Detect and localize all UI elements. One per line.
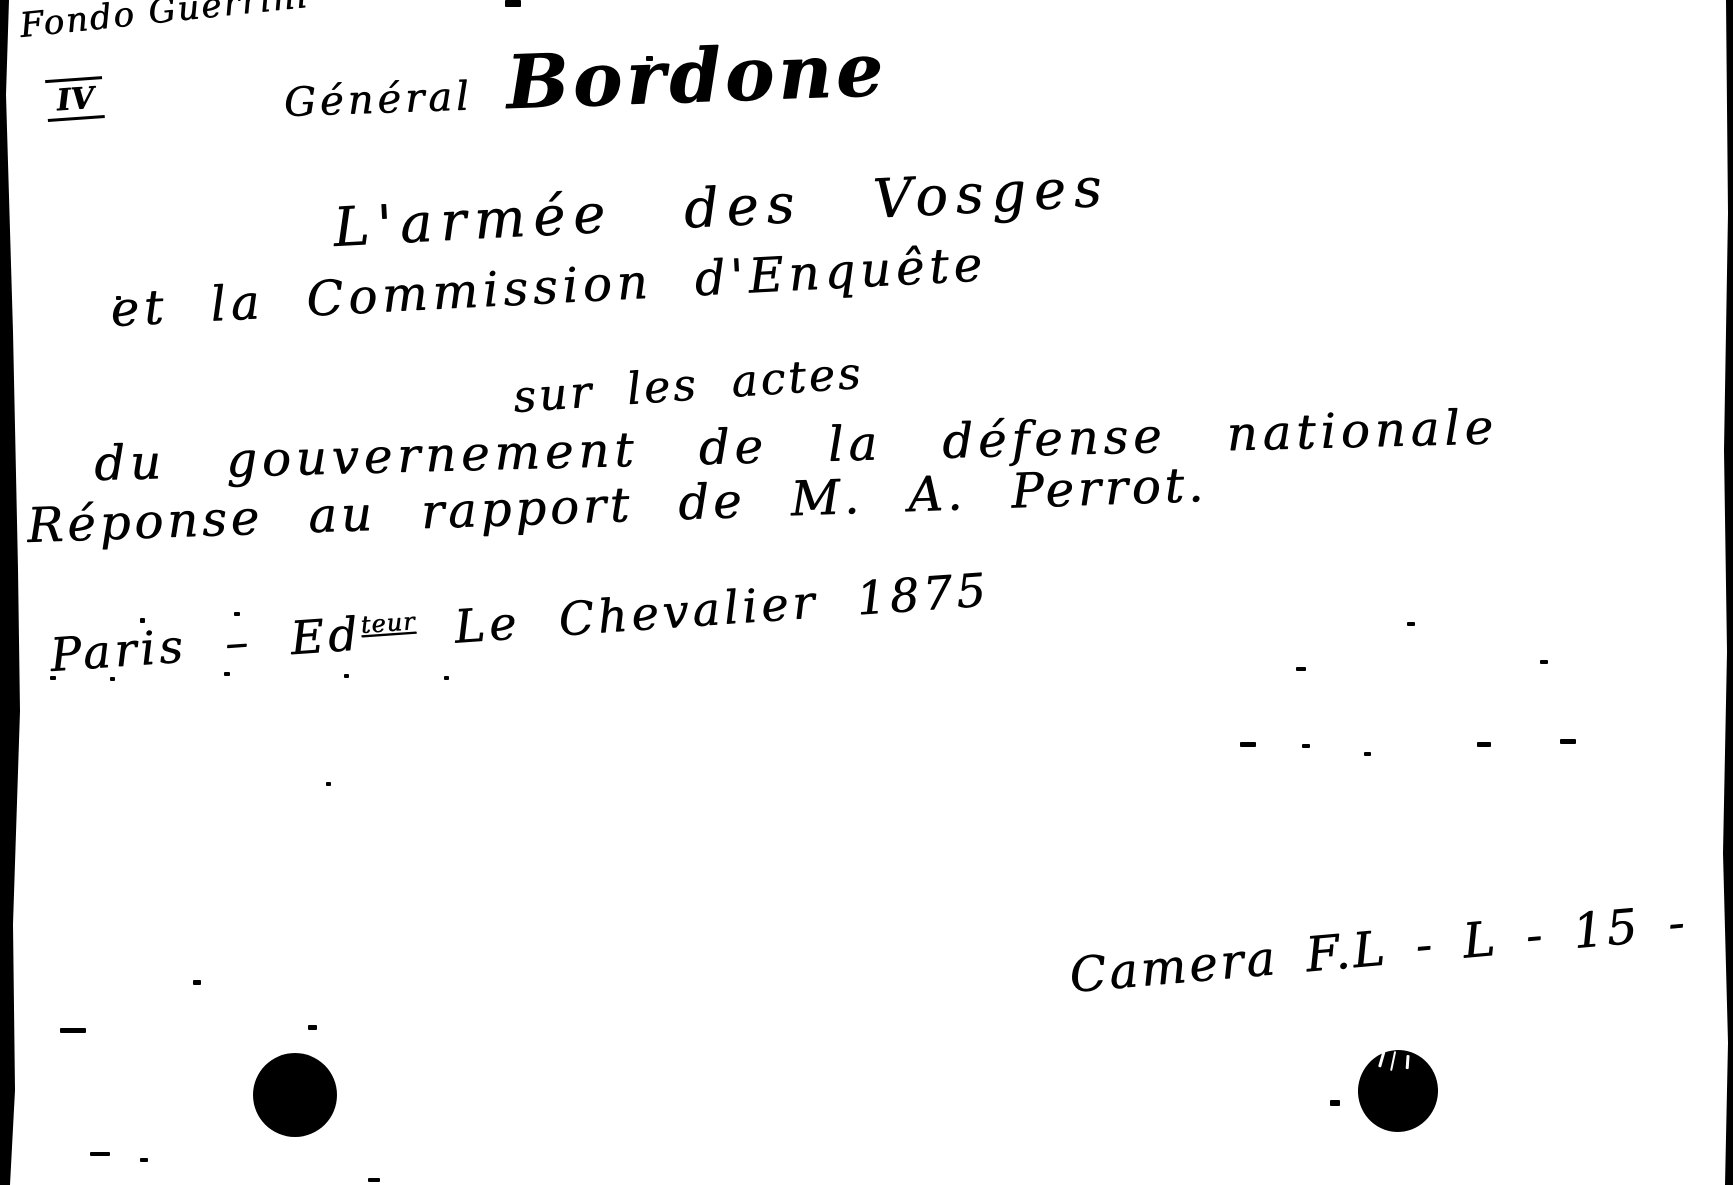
publication-year: 1875	[855, 562, 992, 625]
ink-speck	[1560, 739, 1576, 744]
ink-speck	[1364, 752, 1371, 756]
publisher-superscript: teur	[360, 607, 417, 639]
ink-speck	[193, 980, 201, 985]
ink-speck	[234, 612, 240, 616]
ink-speck	[1302, 744, 1310, 748]
catalog-card: Fondo Guerrini IV GénéralBordone L'armée…	[0, 0, 1733, 1185]
author-rank: Général	[283, 73, 473, 126]
ink-speck	[224, 672, 230, 676]
ink-speck	[60, 1028, 86, 1033]
ink-speck	[50, 676, 56, 680]
title-line-1: L'armée des Vosges	[332, 155, 1111, 259]
ink-speck	[326, 782, 331, 786]
ink-speck	[110, 677, 115, 681]
title-line-3: sur les actes	[511, 348, 864, 423]
ink-speck	[1407, 622, 1415, 626]
scan-streak	[1378, 1051, 1385, 1067]
collection-annotation: Fondo Guerrini	[18, 0, 311, 46]
ink-speck	[116, 296, 121, 300]
ink-speck	[1477, 742, 1491, 747]
imprint-place: Paris	[48, 619, 188, 682]
scan-edge-left	[0, 0, 22, 1185]
scan-streak	[1406, 1055, 1410, 1069]
title-line-2: et la Commission d'Enquête	[109, 236, 988, 338]
shelfmark: Camera F.L - L - 15 -	[1067, 894, 1689, 1004]
author-line: GénéralBordone	[282, 27, 888, 134]
ink-speck	[90, 1152, 110, 1156]
ink-speck	[140, 1158, 148, 1162]
scan-edge-right	[1723, 0, 1733, 1185]
ink-speck	[1240, 742, 1256, 747]
ink-speck	[444, 676, 449, 680]
publisher-name: Le Chevalier	[453, 574, 820, 653]
ink-speck	[843, 85, 849, 89]
ink-speck	[646, 56, 653, 61]
ink-speck	[308, 1025, 317, 1030]
volume-numeral: IV	[45, 76, 105, 122]
ink-speck	[505, 0, 521, 7]
punch-hole-left	[253, 1053, 337, 1137]
publisher-abbreviation: Ed	[289, 606, 364, 665]
imprint-dash: –	[223, 614, 254, 670]
ink-speck	[1330, 1100, 1340, 1106]
ink-speck	[1540, 660, 1548, 664]
author-name: Bordone	[505, 27, 889, 126]
ink-speck	[344, 674, 349, 678]
imprint-line: Paris – Edteur Le Chevalier 1875	[48, 562, 991, 682]
punch-hole-right	[1353, 1045, 1444, 1137]
ink-speck	[368, 1178, 380, 1182]
ink-speck	[1296, 667, 1306, 671]
ink-speck	[140, 618, 145, 623]
scan-streak	[1390, 1051, 1396, 1071]
